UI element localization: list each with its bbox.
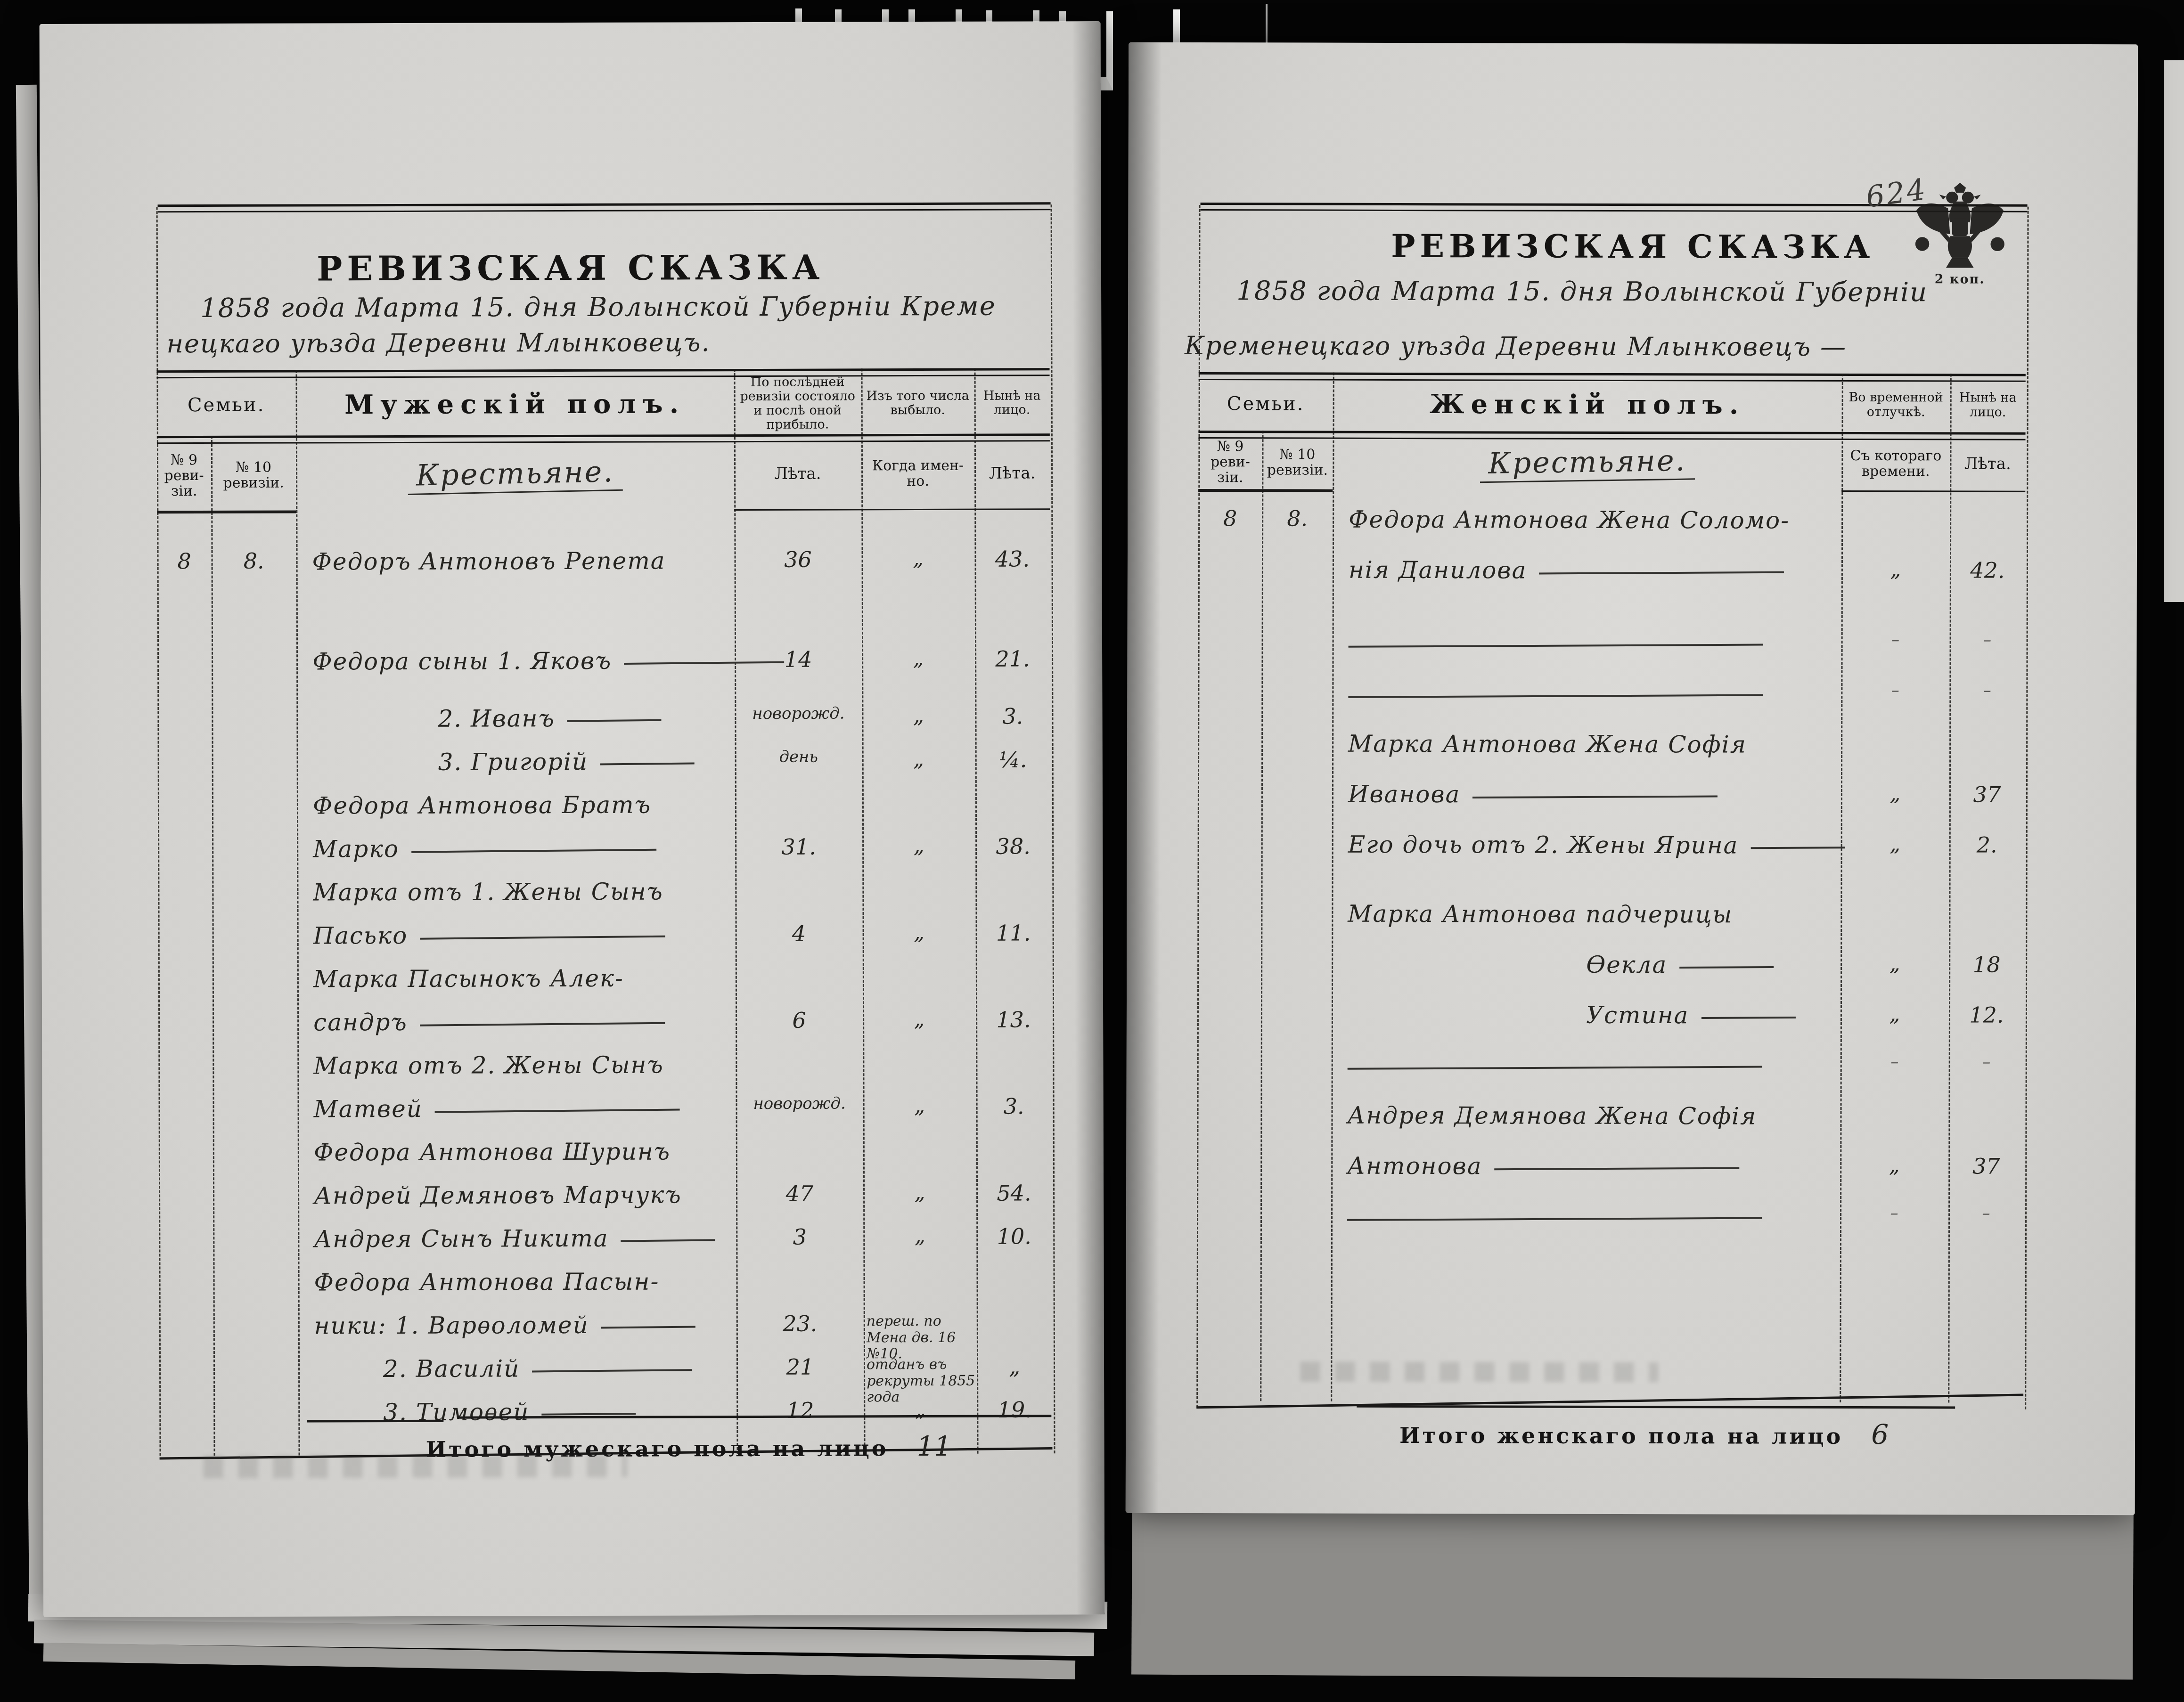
table-row: Андрей Демяновъ Марчукъ47„54. (159, 1180, 1052, 1226)
entry-name-cell: Ѳекла (1332, 951, 1840, 979)
entry-name: Федора Антонова Шуринъ (314, 1138, 671, 1166)
estate-class-label: Крестьяне. (296, 439, 734, 510)
departure-note: „ (863, 1094, 976, 1118)
col-subheader-rev10: № 10 реви­зіи. (1262, 435, 1333, 489)
age-now: 54. (976, 1180, 1052, 1205)
entry-name-cell: Иванова (1332, 781, 1841, 809)
age-last-revision: новорожд. (736, 1094, 863, 1113)
date-line: 1858 года Марта 15. дня Волынской Губерн… (1236, 276, 1928, 308)
entry-name-cell: Федоръ Антоновъ Репета (296, 547, 734, 575)
absence-note: – (1840, 1204, 1948, 1222)
age-last-revision: 23. (736, 1311, 864, 1336)
table-body: 88.Федоръ Антоновъ Репета36„43.Федора сы… (157, 508, 1052, 1442)
female-total-value: 6 (1871, 1418, 1889, 1450)
table-row: Марка Пасынокъ Алек- (158, 963, 1051, 1009)
entry-name-cell: 2. Иванъ (296, 704, 735, 733)
absence-note: „ (1841, 782, 1949, 806)
entry-name: Марка Антонова Жена Софія (1348, 730, 1747, 758)
age-now: – (1949, 681, 2025, 700)
entry-name-cell: Марка Антонова падчерицы (1332, 900, 1840, 928)
entry-name-cell (1331, 1203, 1840, 1231)
imperial-eagle-stamp: 2 коп. (1906, 180, 2014, 286)
age-last-revision (736, 964, 863, 964)
place-line: нецкаго уѣзда Деревни Млынковецъ. (166, 327, 710, 358)
entry-name: Марко (313, 835, 399, 863)
table-row: Федора Антонова Шуринъ (159, 1137, 1052, 1182)
entry-name-cell: Федора Антонова Братъ (297, 791, 735, 819)
handwritten-underline (1701, 1017, 1795, 1019)
age-last-revision (736, 1267, 863, 1268)
table-header: Семьи. Женскій полъ. Во времен­ной отлуч… (1199, 376, 2026, 432)
col-subheader-age-now: Лѣта. (1950, 436, 2025, 490)
right-page: РЕВИЗСКАЯ СКАЗКА 624 2 коп. 1858 года Ма… (1126, 42, 2138, 1515)
age-last-revision (735, 790, 862, 791)
entry-name-cell: Федора сыны 1. Яковъ (296, 647, 735, 675)
handwritten-underline (541, 1413, 636, 1416)
table-row: Федора Антонова Пасын- (159, 1267, 1052, 1312)
departure-note: „ (863, 1224, 976, 1248)
table-row: Иванова„37 (1198, 780, 2025, 832)
table-row: нія Данилова„42. (1198, 556, 2025, 608)
table-row: Марка Антонова Жена Софія (1198, 730, 2025, 782)
entry-name: ники: 1. Варѳоломей (314, 1311, 589, 1340)
table-row: 88.Федоръ Антоновъ Репета36„43. (157, 546, 1050, 592)
entry-name-cell: Матвей (298, 1094, 736, 1123)
age-now: – (1949, 1052, 2024, 1071)
departure-note: „ (862, 747, 975, 772)
date-line: 1858 года Марта 15. дня Волынской Губерн… (200, 291, 996, 324)
census-table-male: Семьи. Мужескій полъ. По послѣдней ревиз… (157, 368, 1053, 1456)
absence-note: – (1840, 1052, 1949, 1071)
absence-note: „ (1841, 557, 1950, 581)
age-now: 42. (1950, 557, 2025, 583)
age-last-revision: 47 (736, 1181, 863, 1206)
col-header-family: Семьи. (1199, 376, 1333, 431)
entry-name-cell: 3. Григорій (297, 748, 735, 776)
entry-name: Андрея Демянова Жена Софія (1347, 1102, 1757, 1130)
entry-name: Устина (1586, 1002, 1689, 1029)
age-now: 3. (976, 1093, 1052, 1119)
departure-note: „ (863, 920, 976, 945)
entry-name: Андрея Сынъ Никита (314, 1225, 608, 1253)
table-row: Устина„12. (1197, 1001, 2024, 1053)
age-now: – (1948, 1204, 2024, 1222)
handwritten-underline (411, 849, 656, 853)
age-last-revision: 31. (735, 834, 862, 860)
entry-name-cell: 2. Василій (298, 1354, 736, 1383)
handwritten-underline (1349, 644, 1763, 648)
table-row: Антонова„37 (1197, 1152, 2024, 1204)
page-edge (2164, 60, 2184, 602)
entry-name: Матвей (314, 1095, 423, 1123)
table-body: 88.Федора Антонова Жена Соломо-нія Данил… (1197, 489, 2025, 1254)
entry-name: Федора сыны 1. Яковъ (312, 647, 612, 676)
absence-note: „ (1840, 1153, 1948, 1177)
census-table-female: Семьи. Женскій полъ. Во времен­ной отлуч… (1196, 372, 2026, 1429)
handwritten-underline (567, 719, 662, 722)
ink-bleed-through (204, 1455, 628, 1478)
table-subheader: № 9 реви­зіи. № 10 реви­зіи. Крестьяне. … (157, 438, 1050, 511)
entry-name-cell: Андрея Демянова Жена Софія (1331, 1102, 1840, 1130)
age-now: „ (977, 1353, 1052, 1379)
ink-bleed-through (1300, 1362, 1658, 1383)
departure-note (862, 790, 975, 791)
male-total-value: 11 (916, 1430, 951, 1462)
col-subheader-rev9: № 9 реви­зіи. (1198, 435, 1262, 489)
departure-note (862, 877, 975, 878)
entry-name: Марка отъ 1. Жены Сынъ (313, 878, 663, 906)
handwritten-underline (1348, 1066, 1762, 1070)
table-row: Матвейноворожд.„3. (159, 1093, 1052, 1139)
handwritten-underline (1472, 796, 1718, 799)
table-row: –– (1197, 1202, 2024, 1254)
departure-note (863, 964, 976, 964)
age-now: 37 (1948, 1153, 2024, 1179)
entry-name-cell: Марко (297, 834, 735, 863)
age-now: 18 (1949, 952, 2024, 977)
entry-name-cell: Марка Антонова Жена Софія (1332, 730, 1841, 758)
entry-name-cell: сандръ (297, 1008, 736, 1036)
age-last-revision (736, 1137, 863, 1138)
handwritten-underline (1347, 1217, 1762, 1221)
departure-note (863, 1137, 976, 1138)
entry-name: Марка Антонова падчерицы (1348, 900, 1733, 928)
departure-note: „ (862, 646, 975, 671)
departure-note: „ (861, 546, 974, 571)
entry-name: Пасько (313, 922, 408, 950)
entry-name-cell: нія Данилова (1333, 556, 1841, 585)
female-total-label: Итого женскаго пола на лицо (1399, 1423, 1843, 1449)
double-headed-eagle-icon (1910, 180, 2009, 275)
absence-note: – (1841, 681, 1949, 700)
col-header-now-present: Нынѣ на лицо. (1950, 378, 2026, 432)
entry-name-cell: Его дочь отъ 2. Жены Ярина (1332, 831, 1841, 859)
table-header: Семьи. Мужескій полъ. По послѣдней ревиз… (157, 372, 1050, 436)
entry-name-cell: Федора Антонова Пасын- (298, 1268, 736, 1296)
age-last-revision: новорожд. (735, 704, 862, 723)
table-row: 3. Григорійдень„¼. (158, 747, 1051, 792)
absence-note: – (1841, 630, 1950, 649)
handwritten-underline (435, 1109, 680, 1113)
entry-name-cell: Федора Антонова Жена Соломо- (1333, 506, 1841, 534)
entry-name: Иванова (1348, 781, 1461, 808)
absence-note: „ (1841, 832, 1949, 856)
underlying-page (1131, 1505, 2134, 1679)
departure-note (863, 1267, 976, 1268)
rev9-number: 8 (1198, 505, 1262, 531)
table-row: Марка отъ 2. Жены Сынъ (158, 1050, 1051, 1096)
age-now: 43. (974, 546, 1050, 571)
departure-note: „ (862, 704, 975, 728)
handwritten-underline (621, 1239, 715, 1242)
estate-class-label: Крестьяне. (1333, 435, 1841, 490)
entry-name: Антонова (1347, 1152, 1482, 1180)
table-row: 88.Федора Антонова Жена Соломо- (1198, 505, 2025, 558)
entry-name: 2. Василій (383, 1355, 520, 1383)
entry-name-cell: ники: 1. Варѳоломей (298, 1311, 736, 1339)
col-subheader-age-prev: Лѣта. (734, 438, 861, 509)
table-row: –– (1198, 629, 2025, 681)
entry-name: Федоръ Антоновъ Репета (312, 547, 665, 575)
col-subheader-rev9: № 9 реви­зіи. (157, 440, 211, 511)
page-title: РЕВИЗСКАЯ СКАЗКА (40, 246, 1101, 289)
age-last-revision: 12 (736, 1397, 864, 1423)
col-header-male-sex: Мужескій полъ. (296, 373, 734, 435)
table-row: –– (1197, 1051, 2024, 1103)
entry-name: Марка отъ 2. Жены Сынъ (313, 1051, 664, 1079)
departure-note: „ (863, 1007, 976, 1032)
entry-name: Марка Пасынокъ Алек- (313, 965, 624, 993)
handwritten-underline (532, 1369, 692, 1372)
age-now: – (1950, 630, 2025, 649)
table-row: Его дочь отъ 2. Жены Ярина„2. (1198, 831, 2025, 883)
entry-name: нія Данилова (1349, 556, 1527, 584)
table-row: 2. Василій21отданъ въ рекруты 1855 года„ (159, 1353, 1052, 1399)
entry-name-cell: Андрея Сынъ Никита (298, 1224, 736, 1253)
age-last-revision: 36 (734, 546, 861, 572)
age-now: 12. (1949, 1002, 2024, 1027)
table-row: –– (1198, 679, 2025, 732)
col-header-departed: Изъ того числа выбыло. (861, 373, 974, 434)
table-row: Федора сыны 1. Яковъ14„21. (157, 646, 1050, 692)
entry-name-cell: Марка Пасынокъ Алек- (297, 964, 736, 993)
col-header-temporary-absence: Во времен­ной отлуч­кѣ. (1842, 378, 1950, 432)
place-line: Кременецкаго уѣзда Деревни Млынковецъ — (1185, 331, 1847, 362)
entry-name-cell: Марка отъ 1. Жены Сынъ (297, 878, 735, 906)
departure-note: „ (863, 1181, 976, 1205)
age-now: 21. (975, 646, 1050, 671)
rev10-number: 8. (1262, 505, 1333, 531)
handwritten-underline (1750, 847, 1845, 849)
left-page: РЕВИЗСКАЯ СКАЗКА 1858 года Марта 15. дня… (40, 21, 1105, 1617)
entry-name-cell: Марка отъ 2. Жены Сынъ (297, 1051, 736, 1079)
entry-name: 2. Иванъ (438, 705, 555, 733)
col-header-family: Семьи. (157, 375, 296, 436)
col-subheader-rev10: № 10 реви­зіи. (211, 440, 296, 511)
age-last-revision: 3 (736, 1224, 863, 1250)
age-last-revision (735, 877, 862, 878)
age-now: 2. (1949, 832, 2025, 857)
handwritten-underline (1679, 966, 1774, 969)
entry-name-cell (1332, 1051, 1840, 1080)
table-row: Андрея Сынъ Никита3„10. (159, 1223, 1052, 1269)
entry-name-cell: Устина (1332, 1001, 1840, 1029)
footer-rule (307, 1420, 443, 1423)
handwritten-underline (420, 936, 665, 940)
col-header-prev-revision: По послѣдней ревизіи состояло и послѣ он… (734, 373, 861, 434)
table-row: Андрея Демянова Жена Софія (1197, 1101, 2024, 1154)
entry-name-cell: Федора Антонова Шуринъ (298, 1138, 736, 1166)
entry-name: Андрей Демяновъ Марчукъ (314, 1181, 682, 1209)
frame-top-rule (158, 202, 1051, 212)
age-now: 10. (976, 1223, 1052, 1249)
absence-note: „ (1840, 952, 1949, 976)
absence-note: „ (1840, 1002, 1949, 1026)
table-row: Ѳекла„18 (1197, 950, 2024, 1002)
table-row: Марка отъ 1. Жены Сынъ (158, 877, 1051, 922)
handwritten-underline (600, 763, 695, 765)
handwritten-underline (601, 1326, 695, 1329)
entry-name: Его дочь отъ 2. Жены Ярина (1348, 831, 1739, 859)
handwritten-underline (420, 1022, 665, 1026)
col-subheader-age-now: Лѣта. (974, 438, 1050, 508)
entry-name-cell: Андрей Демяновъ Марчукъ (298, 1181, 736, 1209)
age-now: 11. (976, 920, 1051, 945)
departure-note (863, 1051, 976, 1051)
age-now: 37 (1949, 782, 2025, 807)
age-last-revision: день (735, 747, 862, 766)
rev9-number: 8 (157, 548, 211, 574)
female-total-footer: Итого женскаго пола на лицо 6 (1328, 1417, 1960, 1451)
table-row: Марко31.„38. (158, 833, 1051, 879)
entry-name: 3. Григорій (438, 748, 589, 776)
table-row: Федора Антонова Братъ (158, 790, 1051, 836)
entry-name-cell: Пасько (297, 921, 736, 949)
handwritten-underline (1495, 1167, 1740, 1171)
departure-note: „ (862, 834, 975, 858)
handwritten-underline (1348, 694, 1763, 698)
table-row: сандръ6„13. (158, 1007, 1051, 1052)
table-subheader: № 9 реви­зіи. № 10 реви­зіи. Крестьяне. … (1198, 435, 2025, 491)
table-row: 2. Иванъноворожд.„3. (157, 703, 1050, 749)
age-last-revision: 4 (736, 920, 863, 946)
rev10-number: 8. (211, 548, 296, 574)
departure-note: „ (864, 1397, 977, 1422)
table-row: Пасько4„11. (158, 920, 1051, 966)
entry-name: Федора Антонова Пасын- (314, 1268, 659, 1296)
age-now: 13. (976, 1007, 1051, 1032)
table-row: ники: 1. Варѳоломей23.переш. по Мена дв.… (159, 1310, 1052, 1356)
entry-name: Федора Антонова Жена Соломо- (1349, 506, 1790, 534)
entry-name-cell (1333, 629, 1841, 658)
entry-name-cell (1332, 680, 1841, 708)
table-row: Марка Антонова падчерицы (1197, 900, 2024, 952)
entry-name-cell: Антонова (1331, 1152, 1840, 1181)
age-now: 19. (977, 1397, 1052, 1422)
entry-name: сандръ (313, 1009, 408, 1036)
age-last-revision (736, 1051, 863, 1051)
age-now: 3. (975, 703, 1050, 729)
age-last-revision: 6 (736, 1007, 863, 1033)
age-now: 38. (975, 833, 1051, 859)
col-subheader-when: Когда имен­но. (861, 438, 974, 509)
col-subheader-since-when: Съ котораго времени. (1841, 436, 1950, 490)
col-header-female-sex: Женскій полъ. (1333, 377, 1842, 432)
entry-name: Федора Антонова Братъ (313, 791, 651, 820)
age-last-revision: 14 (735, 646, 862, 672)
age-now: ¼. (975, 747, 1051, 772)
col-header-now-present: Нынѣ на лицо. (974, 372, 1050, 433)
age-last-revision: 21 (736, 1354, 864, 1380)
entry-name: Ѳекла (1586, 951, 1667, 978)
handwritten-underline (1539, 571, 1784, 575)
